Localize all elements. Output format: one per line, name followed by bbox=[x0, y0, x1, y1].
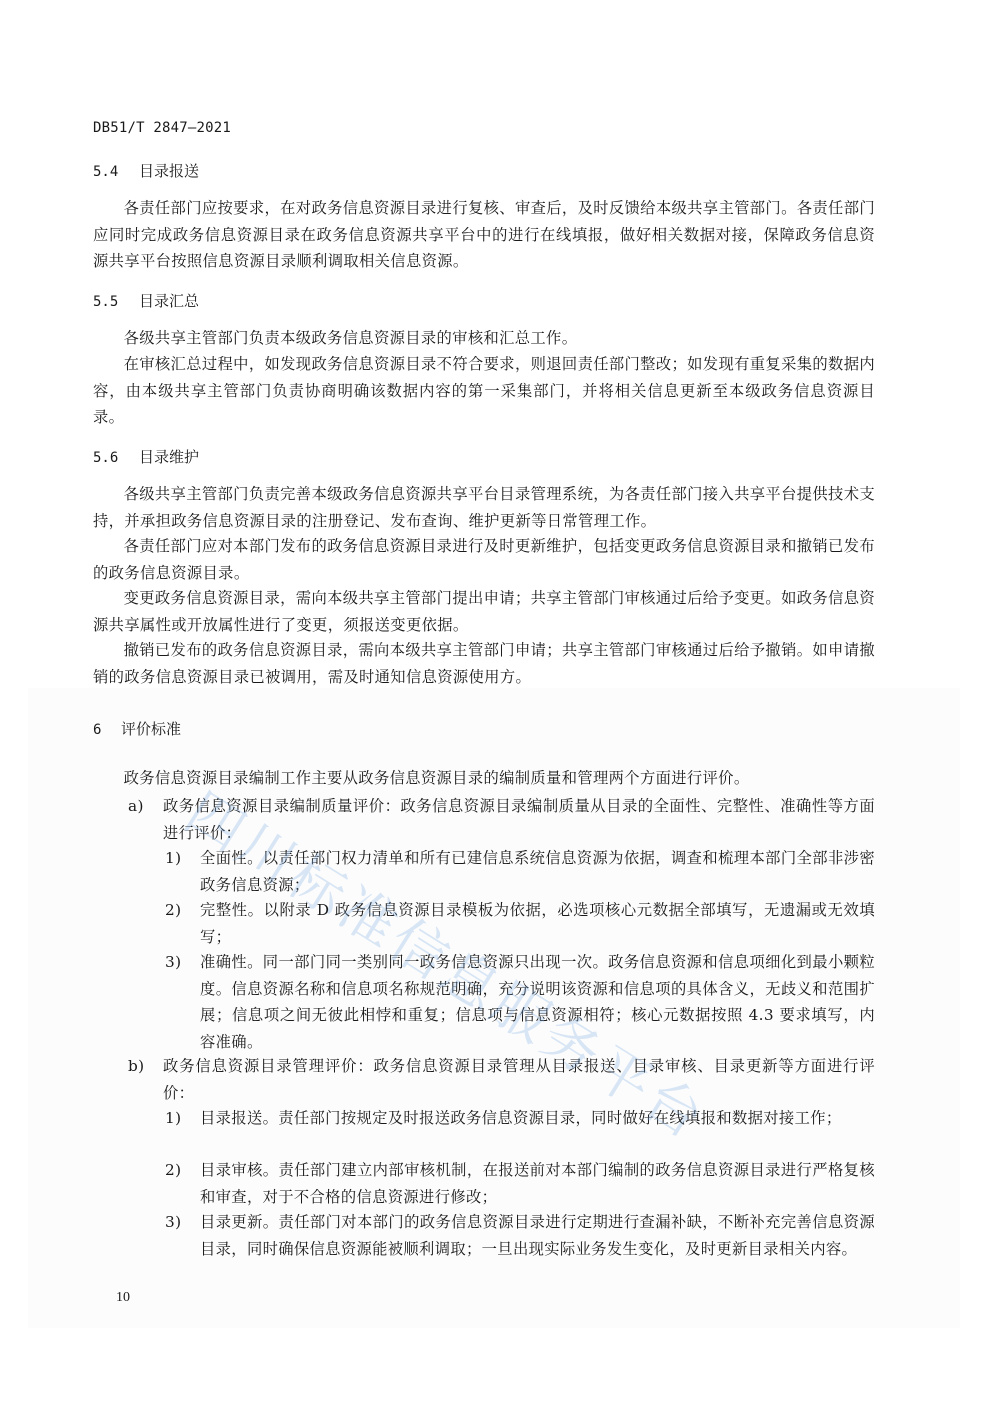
list-item-b-3: 3) 目录更新。责任部门对本部门的政务信息资源目录进行定期进行查漏补缺，不断补充… bbox=[165, 1209, 875, 1262]
list-text: 目录更新。责任部门对本部门的政务信息资源目录进行定期进行查漏补缺，不断补充完善信… bbox=[200, 1209, 875, 1262]
section-number: 5.5 bbox=[93, 294, 139, 310]
list-marker: 3) bbox=[165, 1209, 181, 1236]
section-heading-5-5: 5.5目录汇总 bbox=[93, 290, 199, 311]
section-title: 目录报送 bbox=[139, 162, 199, 180]
list-item-a: a) 政务信息资源目录编制质量评价：政务信息资源目录编制质量从目录的全面性、完整… bbox=[128, 793, 875, 846]
list-item-b: b) 政务信息资源目录管理评价：政务信息资源目录管理从目录报送、目录审核、目录更… bbox=[128, 1053, 875, 1106]
list-marker: 1) bbox=[165, 845, 181, 872]
list-marker: b) bbox=[128, 1053, 144, 1080]
list-text: 政务信息资源目录编制质量评价：政务信息资源目录编制质量从目录的全面性、完整性、准… bbox=[163, 793, 875, 846]
section-heading-5-4: 5.4目录报送 bbox=[93, 160, 199, 181]
document-page: DB51/T 2847—2021 5.4目录报送 各责任部门应按要求，在对政务信… bbox=[0, 0, 992, 1403]
list-marker: 1) bbox=[165, 1105, 181, 1132]
section-title: 评价标准 bbox=[121, 720, 181, 738]
list-marker: a) bbox=[128, 793, 144, 820]
section-heading-5-6: 5.6目录维护 bbox=[93, 446, 199, 467]
list-text: 目录报送。责任部门按规定及时报送政务信息资源目录，同时做好在线填报和数据对接工作… bbox=[200, 1105, 875, 1132]
section-title: 目录汇总 bbox=[139, 292, 199, 310]
section-number: 5.6 bbox=[93, 450, 139, 466]
list-item-a-2: 2) 完整性。以附录 D 政务信息资源目录模板为依据，必选项核心元数据全部填写，… bbox=[165, 897, 875, 950]
list-marker: 3) bbox=[165, 949, 181, 976]
list-text: 准确性。同一部门同一类别同一政务信息资源只出现一次。政务信息资源和信息项细化到最… bbox=[200, 949, 875, 1055]
paragraph: 各级共享主管部门负责完善本级政务信息资源共享平台目录管理系统，为各责任部门接入共… bbox=[93, 481, 875, 534]
paragraph: 各级共享主管部门负责本级政务信息资源目录的审核和汇总工作。 bbox=[93, 325, 875, 352]
section-number: 5.4 bbox=[93, 164, 139, 180]
list-text: 完整性。以附录 D 政务信息资源目录模板为依据，必选项核心元数据全部填写，无遗漏… bbox=[200, 897, 875, 950]
list-item-b-1: 1) 目录报送。责任部门按规定及时报送政务信息资源目录，同时做好在线填报和数据对… bbox=[165, 1105, 875, 1132]
list-marker: 2) bbox=[165, 897, 181, 924]
list-text: 政务信息资源目录管理评价：政务信息资源目录管理从目录报送、目录审核、目录更新等方… bbox=[163, 1053, 875, 1106]
paragraph: 变更政务信息资源目录，需向本级共享主管部门提出申请；共享主管部门审核通过后给予变… bbox=[93, 585, 875, 638]
document-id: DB51/T 2847—2021 bbox=[93, 120, 231, 136]
list-item-b-2: 2) 目录审核。责任部门建立内部审核机制，在报送前对本部门编制的政务信息资源目录… bbox=[165, 1157, 875, 1210]
section-number: 6 bbox=[93, 722, 121, 738]
paragraph: 各责任部门应按要求，在对政务信息资源目录进行复核、审查后，及时反馈给本级共享主管… bbox=[93, 195, 875, 275]
list-text: 目录审核。责任部门建立内部审核机制，在报送前对本部门编制的政务信息资源目录进行严… bbox=[200, 1157, 875, 1210]
list-text: 全面性。以责任部门权力清单和所有已建信息系统信息资源为依据，调查和梳理本部门全部… bbox=[200, 845, 875, 898]
paragraph: 各责任部门应对本部门发布的政务信息资源目录进行及时更新维护，包括变更政务信息资源… bbox=[93, 533, 875, 586]
section-title: 目录维护 bbox=[139, 448, 199, 466]
list-item-a-3: 3) 准确性。同一部门同一类别同一政务信息资源只出现一次。政务信息资源和信息项细… bbox=[165, 949, 875, 1055]
page-number: 10 bbox=[116, 1290, 130, 1306]
list-marker: 2) bbox=[165, 1157, 181, 1184]
paragraph: 在审核汇总过程中，如发现政务信息资源目录不符合要求，则退回责任部门整改；如发现有… bbox=[93, 351, 875, 431]
paragraph: 政务信息资源目录编制工作主要从政务信息资源目录的编制质量和管理两个方面进行评价。 bbox=[93, 765, 875, 792]
paragraph: 撤销已发布的政务信息资源目录，需向本级共享主管部门申请；共享主管部门审核通过后给… bbox=[93, 637, 875, 690]
section-heading-6: 6评价标准 bbox=[93, 718, 181, 739]
list-item-a-1: 1) 全面性。以责任部门权力清单和所有已建信息系统信息资源为依据，调查和梳理本部… bbox=[165, 845, 875, 898]
